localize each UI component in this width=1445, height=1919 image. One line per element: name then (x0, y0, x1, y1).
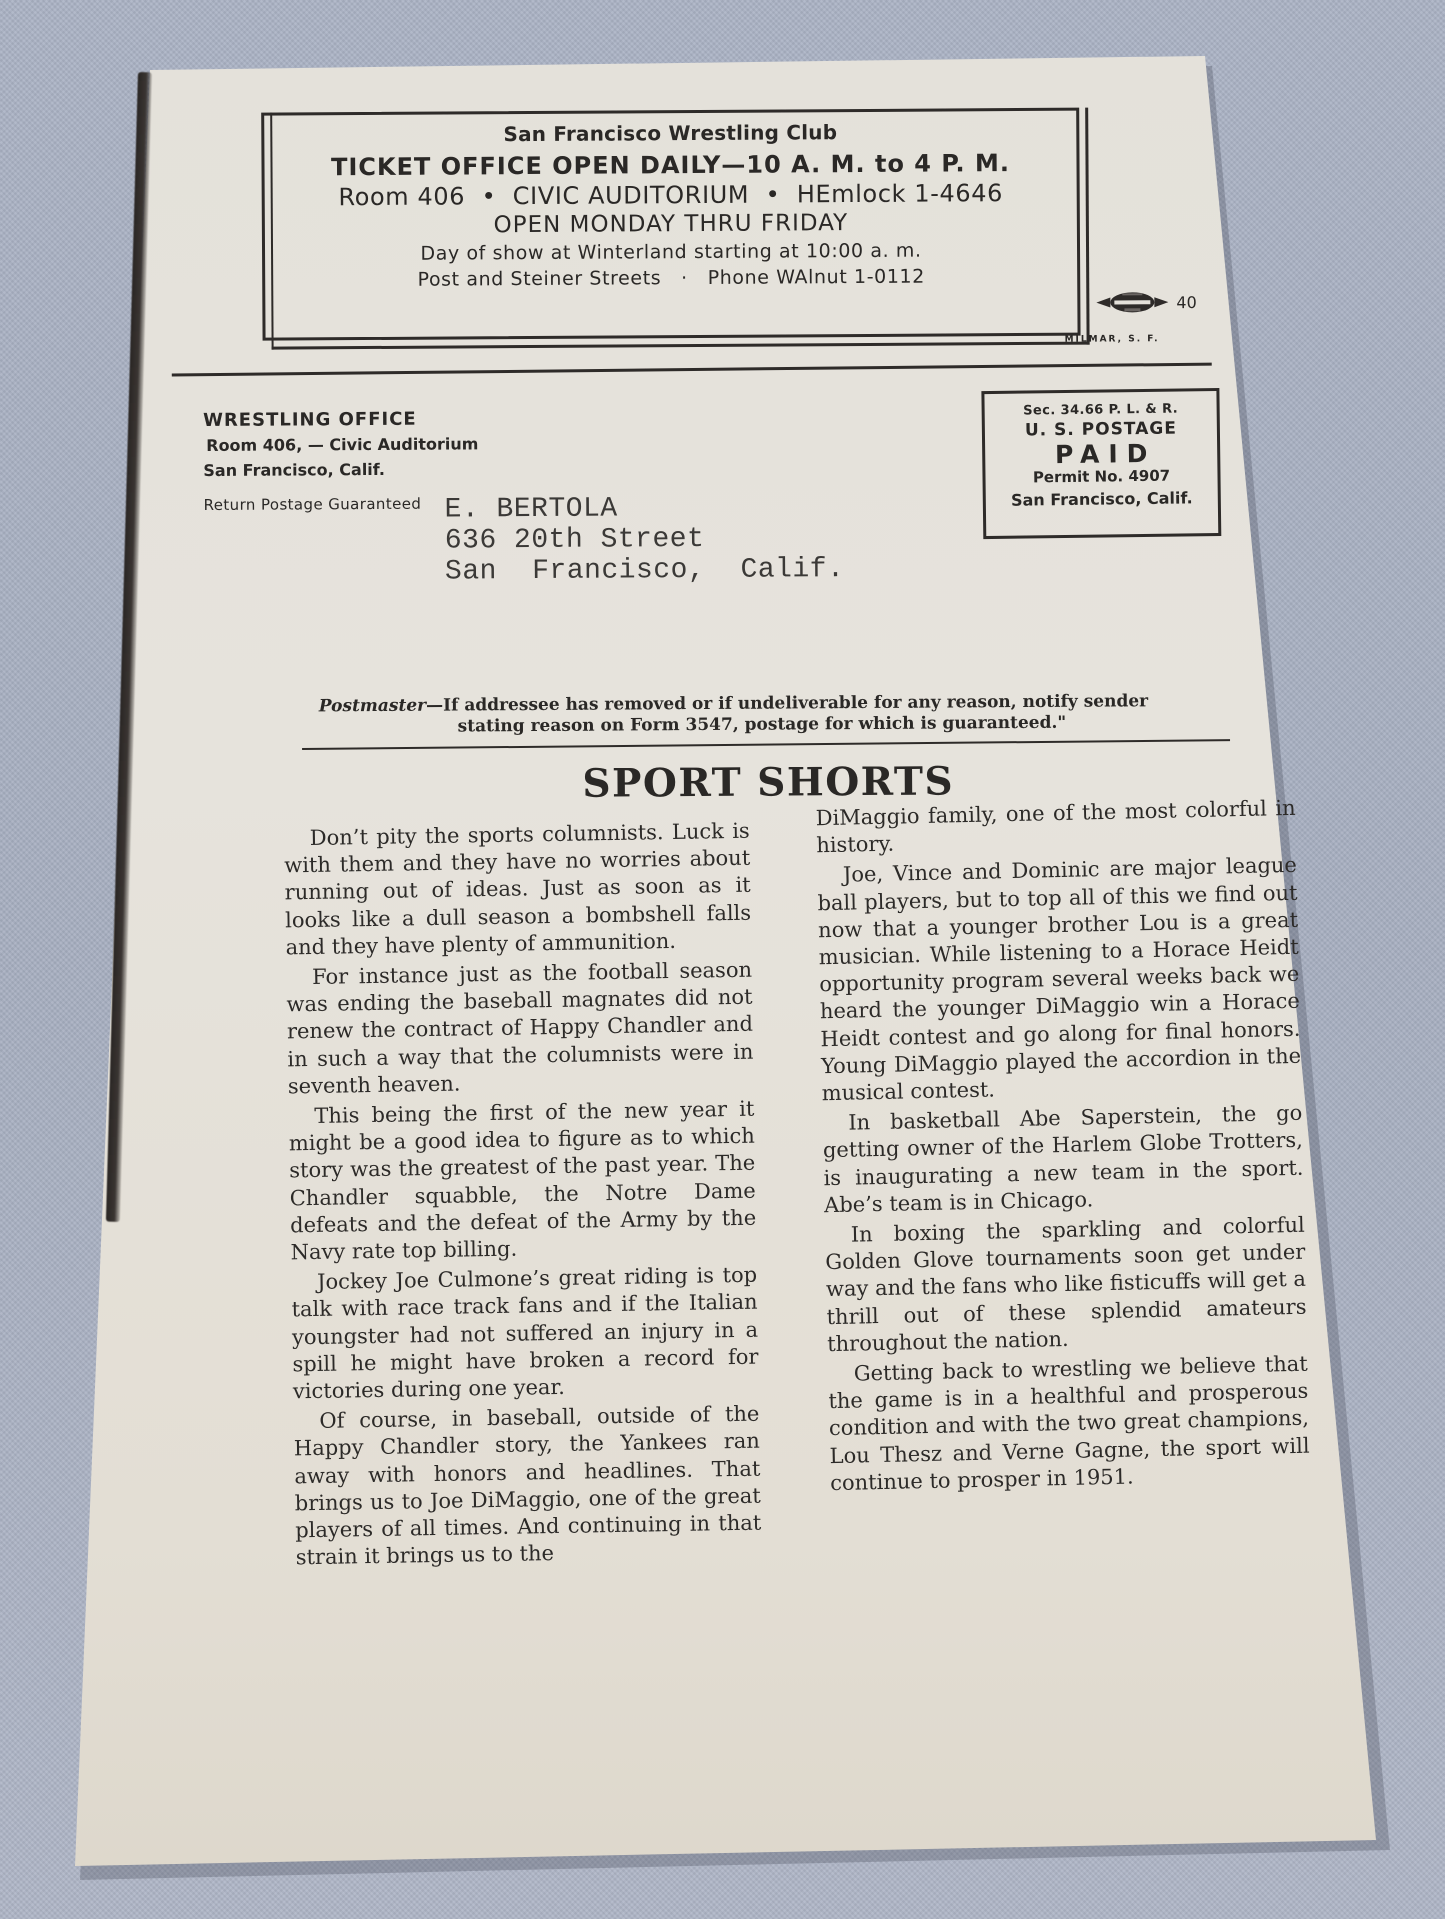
postmaster-label: Postmaster (319, 696, 426, 717)
divider-line (172, 363, 1212, 377)
article-paragraph: This being the first of the new year it … (288, 1096, 757, 1267)
article-right-column: DiMaggio family, one of the most colorfu… (815, 795, 1310, 1497)
article-paragraph: Joe, Vince and Dominic are major league … (817, 852, 1302, 1107)
ticket-days: OPEN MONDAY THRU FRIDAY (265, 209, 1077, 240)
article-paragraph: In basketball Abe Saperstein, the go get… (822, 1100, 1304, 1219)
ticket-location: Room 406 • CIVIC AUDITORIUM • HEmlock 1-… (265, 179, 1077, 212)
article-paragraph: DiMaggio family, one of the most colorfu… (815, 795, 1296, 860)
return-address: WRESTLING OFFICE Room 406, — Civic Audit… (203, 406, 479, 518)
ticket-office-box: San Francisco Wrestling Club TICKET OFFI… (261, 108, 1080, 341)
postmaster-line-2: stating reason on Form 3547, postage for… (317, 712, 1207, 737)
return-address-city: San Francisco, Calif. (203, 456, 478, 483)
page-content: San Francisco Wrestling Club TICKET OFFI… (0, 0, 1445, 1919)
article-paragraph: For instance just as the football season… (286, 957, 754, 1101)
addressee-block: E. BERTOLA 636 20th Street San Francisco… (445, 492, 845, 587)
postage-paid: PAID (985, 440, 1217, 469)
postage-label: U. S. POSTAGE (985, 418, 1217, 441)
union-bug-icon (1096, 289, 1168, 315)
return-postage-note: Return Postage Guaranteed (204, 491, 479, 518)
postage-city: San Francisco, Calif. (986, 488, 1218, 510)
article-paragraph: Getting back to wrestling we believe tha… (828, 1351, 1311, 1497)
postage-permit: Permit No. 4907 (985, 466, 1217, 487)
divider-line (302, 739, 1230, 750)
article-paragraph: Jockey Joe Culmone’s great riding is top… (291, 1262, 759, 1406)
article-paragraph: Don’t pity the sports columnists. Luck i… (284, 818, 752, 962)
article-left-column: Don’t pity the sports columnists. Luck i… (284, 818, 762, 1572)
article-paragraph: Of course, in baseball, outside of the H… (293, 1401, 762, 1572)
ticket-hours: TICKET OFFICE OPEN DAILY—10 A. M. to 4 P… (264, 149, 1076, 182)
article-paragraph: In boxing the sparkling and colorful Gol… (825, 1212, 1308, 1358)
addressee-city: San Francisco, Calif. (445, 554, 845, 587)
union-label-number: 40 (1176, 293, 1196, 312)
return-address-room: Room 406, — Civic Auditorium (203, 431, 478, 458)
postage-section: Sec. 34.66 P. L. & R. (985, 401, 1217, 419)
addressee-name: E. BERTOLA (445, 492, 845, 525)
postmaster-notice: Postmaster—If addressee has removed or i… (317, 691, 1207, 737)
address-phone: Post and Steiner Streets · Phone WAlnut … (265, 265, 1077, 292)
return-address-title: WRESTLING OFFICE (203, 406, 478, 433)
printer-mark: MILMAR, S. F. (1065, 334, 1160, 345)
addressee-street: 636 20th Street (445, 523, 845, 556)
postage-paid-indicia: Sec. 34.66 P. L. & R. U. S. POSTAGE PAID… (981, 388, 1221, 539)
show-day-info: Day of show at Winterland starting at 10… (265, 239, 1077, 266)
club-name: San Francisco Wrestling Club (264, 119, 1076, 148)
